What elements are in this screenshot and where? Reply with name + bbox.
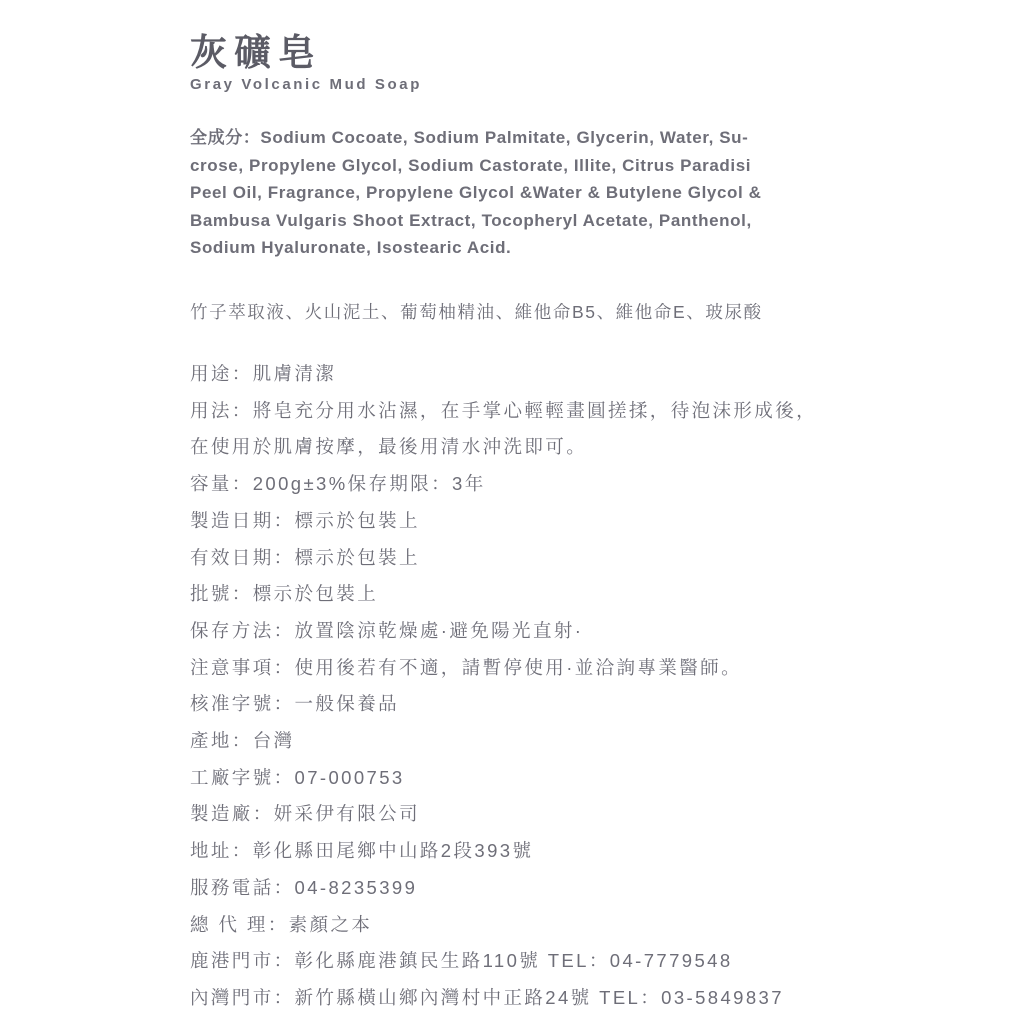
ingredients-line: Peel Oil, Fragrance, Propylene Glycol &W… <box>190 179 840 207</box>
detail-line-service-phone: 服務電話：04-8235399 <box>190 870 850 907</box>
ingredients-line: Bambusa Vulgaris Shoot Extract, Tocopher… <box>190 207 840 235</box>
detail-line-neiwan-store: 內灣門市：新竹縣橫山鄉內灣村中正路24號 TEL：03-5849837 <box>190 980 850 1017</box>
product-title-en: Gray Volcanic Mud Soap <box>190 76 422 93</box>
ingredients-line: Sodium Hyaluronate, Isostearic Acid. <box>190 234 840 262</box>
full-ingredients-paragraph: 全成分：Sodium Cocoate, Sodium Palmitate, Gl… <box>190 124 840 262</box>
detail-line-lukang-store: 鹿港門市：彰化縣鹿港鎮民生路110號 TEL：04-7779548 <box>190 943 850 980</box>
detail-line-address: 地址：彰化縣田尾鄉中山路2段393號 <box>190 833 850 870</box>
detail-line-batch-number: 批號：標示於包裝上 <box>190 576 850 613</box>
detail-line-approval-number: 核准字號：一般保養品 <box>190 686 850 723</box>
product-details-list: 用途：肌膚清潔 用法：將皂充分用水沾濕，在手掌心輕輕畫圓搓揉，待泡沫形成後， 在… <box>190 356 850 1017</box>
product-title-zh: 灰礦皂 <box>190 22 322 76</box>
detail-line-manufacturer: 製造廠：妍采伊有限公司 <box>190 796 850 833</box>
detail-line-usage: 用途：肌膚清潔 <box>190 356 850 393</box>
detail-line-origin: 產地：台灣 <box>190 723 850 760</box>
detail-line-storage-method: 保存方法：放置陰涼乾燥處·避免陽光直射· <box>190 613 850 650</box>
detail-line-volume-shelf-life: 容量：200g±3%保存期限：3年 <box>190 466 850 503</box>
key-ingredients-zh: 竹子萃取液、火山泥土、葡萄柚精油、維他命B5、維他命E、玻尿酸 <box>190 299 763 324</box>
detail-line-manufacture-date: 製造日期：標示於包裝上 <box>190 503 850 540</box>
detail-line-directions-cont: 在使用於肌膚按摩，最後用清水沖洗即可。 <box>190 429 850 466</box>
detail-line-general-agent: 總 代 理：素顏之本 <box>190 907 850 944</box>
detail-line-expiry-date: 有效日期：標示於包裝上 <box>190 540 850 577</box>
detail-line-factory-number: 工廠字號：07-000753 <box>190 760 850 797</box>
ingredients-line: 全成分：Sodium Cocoate, Sodium Palmitate, Gl… <box>190 124 840 152</box>
product-info-page: 灰礦皂 Gray Volcanic Mud Soap 全成分：Sodium Co… <box>0 0 1024 1024</box>
ingredients-line: crose, Propylene Glycol, Sodium Castorat… <box>190 152 840 180</box>
detail-line-precautions: 注意事項：使用後若有不適，請暫停使用·並洽詢專業醫師。 <box>190 650 850 687</box>
detail-line-directions: 用法：將皂充分用水沾濕，在手掌心輕輕畫圓搓揉，待泡沫形成後， <box>190 393 850 430</box>
